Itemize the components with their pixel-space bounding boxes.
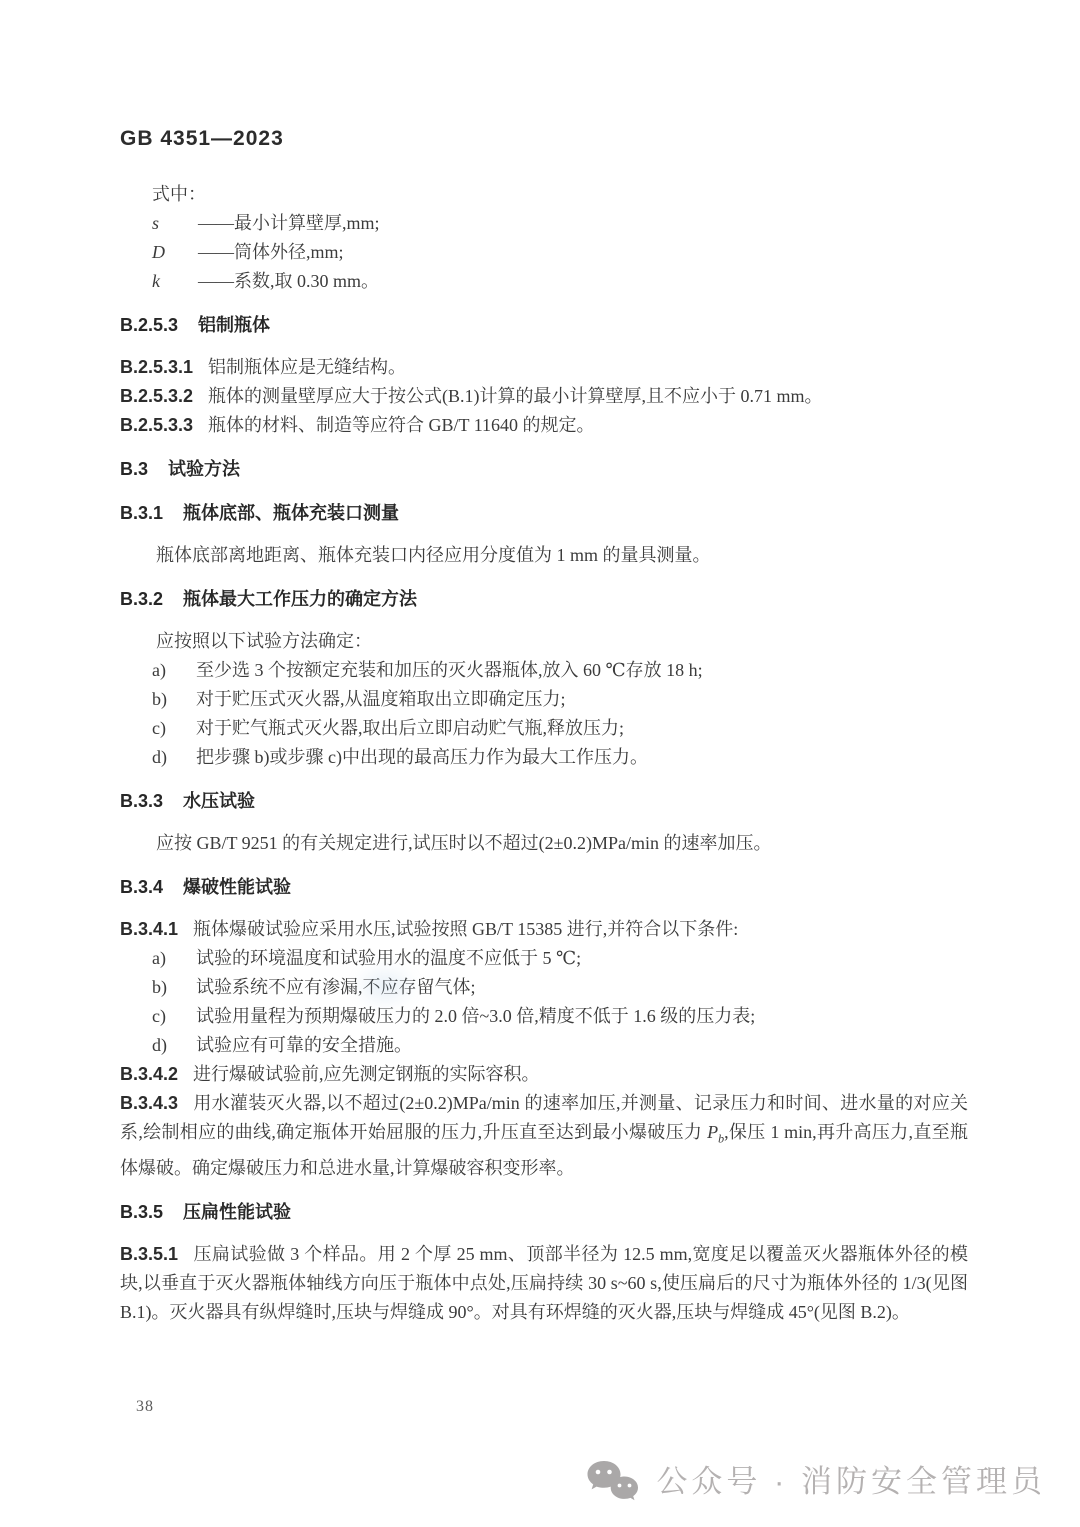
list-text: 把步骤 b)或步骤 c)中出现的最高压力作为最大工作压力。 — [196, 743, 968, 772]
pressure-symbol: Pb — [707, 1122, 724, 1142]
heading-number: B.3.2 — [120, 589, 163, 609]
heading-B253: B.2.5.3铝制瓶体 — [120, 310, 968, 340]
list-marker: c) — [152, 1002, 196, 1031]
list-text: 对于贮压式灭火器,从温度箱取出立即确定压力; — [196, 685, 968, 714]
list-item-c: c) 试验用量程为预期爆破压力的 2.0 倍~3.0 倍,精度不低于 1.6 级… — [152, 1002, 968, 1031]
list-item-b: b) 试验系统不应有渗漏,不应存留气体; — [152, 973, 968, 1002]
heading-number: B.2.5.3 — [120, 315, 178, 335]
clause-number: B.3.4.2 — [120, 1064, 178, 1084]
formula-symbol-row-D: D ——筒体外径,mm; — [152, 238, 968, 267]
list-item-b: b) 对于贮压式灭火器,从温度箱取出立即确定压力; — [152, 685, 968, 714]
clause-text: 铝制瓶体应是无缝结构。 — [208, 357, 406, 377]
clause-text: 瓶体的材料、制造等应符合 GB/T 11640 的规定。 — [208, 415, 595, 435]
clause-text: 瓶体的测量壁厚应大于按公式(B.1)计算的最小计算壁厚,且不应小于 0.71 m… — [208, 386, 823, 406]
list-marker: a) — [152, 656, 196, 685]
list-marker: a) — [152, 944, 196, 973]
list-item-a: a) 至少选 3 个按额定充装和加压的灭火器瓶体,放入 60 ℃存放 18 h; — [152, 656, 968, 685]
heading-number: B.3 — [120, 459, 148, 479]
list-marker: d) — [152, 1031, 196, 1060]
clause-number: B.3.5.1 — [120, 1244, 178, 1264]
list-B341: a) 试验的环境温度和试验用水的温度不应低于 5 ℃; b) 试验系统不应有渗漏… — [152, 944, 968, 1060]
clause-text: 瓶体爆破试验应采用水压,试验按照 GB/T 15385 进行,并符合以下条件: — [193, 919, 738, 939]
clause-B2532: B.2.5.3.2瓶体的测量壁厚应大于按公式(B.1)计算的最小计算壁厚,且不应… — [120, 382, 968, 411]
formula-symbol-row-k: k ——系数,取 0.30 mm。 — [152, 267, 968, 296]
clause-text: 压扁试验做 3 个样品。用 2 个厚 25 mm、顶部半径为 12.5 mm,宽… — [120, 1244, 968, 1322]
list-item-c: c) 对于贮气瓶式灭火器,取出后立即启动贮气瓶,释放压力; — [152, 714, 968, 743]
heading-B34: B.3.4爆破性能试验 — [120, 872, 968, 902]
formula-symbol-row-s: s ——最小计算壁厚,mm; — [152, 209, 968, 238]
heading-title: 压扁性能试验 — [183, 1202, 291, 1222]
paragraph-B32-intro: 应按照以下试验方法确定： — [120, 627, 968, 656]
clause-B2531: B.2.5.3.1铝制瓶体应是无缝结构。 — [120, 353, 968, 382]
list-B32: a) 至少选 3 个按额定充装和加压的灭火器瓶体,放入 60 ℃存放 18 h;… — [152, 656, 968, 772]
heading-title: 爆破性能试验 — [183, 877, 291, 897]
symbol-k: k — [152, 267, 198, 296]
symbol-k-desc: ——系数,取 0.30 mm。 — [198, 267, 968, 296]
clause-B342: B.3.4.2进行爆破试验前,应先测定钢瓶的实际容积。 — [120, 1060, 968, 1089]
clause-number: B.2.5.3.1 — [120, 357, 193, 377]
heading-title: 水压试验 — [183, 791, 255, 811]
document-page: GB 4351—2023 式中： s ——最小计算壁厚,mm; D ——筒体外径… — [0, 0, 1080, 1527]
list-item-d: d) 试验应有可靠的安全措施。 — [152, 1031, 968, 1060]
pressure-symbol-letter: P — [707, 1122, 718, 1142]
list-item-a: a) 试验的环境温度和试验用水的温度不应低于 5 ℃; — [152, 944, 968, 973]
list-marker: b) — [152, 973, 196, 1002]
list-text: 试验系统不应有渗漏,不应存留气体; — [196, 973, 968, 1002]
standard-number: GB 4351—2023 — [120, 126, 968, 152]
list-marker: c) — [152, 714, 196, 743]
formula-notes: 式中： s ——最小计算壁厚,mm; D ——筒体外径,mm; k ——系数,取… — [120, 180, 968, 296]
heading-B32: B.3.2瓶体最大工作压力的确定方法 — [120, 584, 968, 614]
list-text: 试验用量程为预期爆破压力的 2.0 倍~3.0 倍,精度不低于 1.6 级的压力… — [196, 1002, 968, 1031]
formula-intro: 式中： — [152, 180, 968, 209]
list-text: 至少选 3 个按额定充装和加压的灭火器瓶体,放入 60 ℃存放 18 h; — [196, 656, 968, 685]
clause-number: B.2.5.3.2 — [120, 386, 193, 406]
heading-title: 试验方法 — [168, 459, 240, 479]
clause-number: B.3.4.3 — [120, 1093, 178, 1113]
list-text: 试验应有可靠的安全措施。 — [196, 1031, 968, 1060]
footer-account-label: 公众号 · 消防安全管理员 — [656, 1459, 1046, 1505]
footer-banner: 公众号 · 消防安全管理员 — [586, 1459, 1046, 1505]
clause-text: 进行爆破试验前,应先测定钢瓶的实际容积。 — [193, 1064, 540, 1084]
clause-B343: B.3.4.3用水灌装灭火器,以不超过(2±0.2)MPa/min 的速率加压,… — [120, 1089, 968, 1183]
list-text: 试验的环境温度和试验用水的温度不应低于 5 ℃; — [196, 944, 968, 973]
paragraph-B33: 应按 GB/T 9251 的有关规定进行,试压时以不超过(2±0.2)MPa/m… — [120, 829, 968, 858]
heading-title: 瓶体最大工作压力的确定方法 — [183, 589, 417, 609]
paragraph-B31: 瓶体底部离地距离、瓶体充装口内径应用分度值为 1 mm 的量具测量。 — [120, 541, 968, 570]
list-marker: b) — [152, 685, 196, 714]
wechat-official-account-icon — [586, 1459, 640, 1505]
clause-B2533: B.2.5.3.3瓶体的材料、制造等应符合 GB/T 11640 的规定。 — [120, 411, 968, 440]
list-marker: d) — [152, 743, 196, 772]
list-text: 对于贮气瓶式灭火器,取出后立即启动贮气瓶,释放压力; — [196, 714, 968, 743]
heading-B31: B.3.1瓶体底部、瓶体充装口测量 — [120, 498, 968, 528]
symbol-D-desc: ——筒体外径,mm; — [198, 238, 968, 267]
symbol-D: D — [152, 238, 198, 267]
clause-number: B.2.5.3.3 — [120, 415, 193, 435]
heading-title: 铝制瓶体 — [198, 315, 270, 335]
heading-B35: B.3.5压扁性能试验 — [120, 1197, 968, 1227]
symbol-s: s — [152, 209, 198, 238]
clause-B341: B.3.4.1瓶体爆破试验应采用水压,试验按照 GB/T 15385 进行,并符… — [120, 915, 968, 944]
heading-number: B.3.3 — [120, 791, 163, 811]
heading-number: B.3.1 — [120, 503, 163, 523]
heading-title: 瓶体底部、瓶体充装口测量 — [183, 503, 399, 523]
clause-number: B.3.4.1 — [120, 919, 178, 939]
page-number: 38 — [136, 1398, 154, 1416]
list-item-d: d) 把步骤 b)或步骤 c)中出现的最高压力作为最大工作压力。 — [152, 743, 968, 772]
clause-B351: B.3.5.1压扁试验做 3 个样品。用 2 个厚 25 mm、顶部半径为 12… — [120, 1240, 968, 1327]
page-content: GB 4351—2023 式中： s ——最小计算壁厚,mm; D ——筒体外径… — [0, 0, 1080, 1327]
heading-B3: B.3试验方法 — [120, 454, 968, 484]
heading-number: B.3.4 — [120, 877, 163, 897]
symbol-s-desc: ——最小计算壁厚,mm; — [198, 209, 968, 238]
heading-number: B.3.5 — [120, 1202, 163, 1222]
heading-B33: B.3.3水压试验 — [120, 786, 968, 816]
